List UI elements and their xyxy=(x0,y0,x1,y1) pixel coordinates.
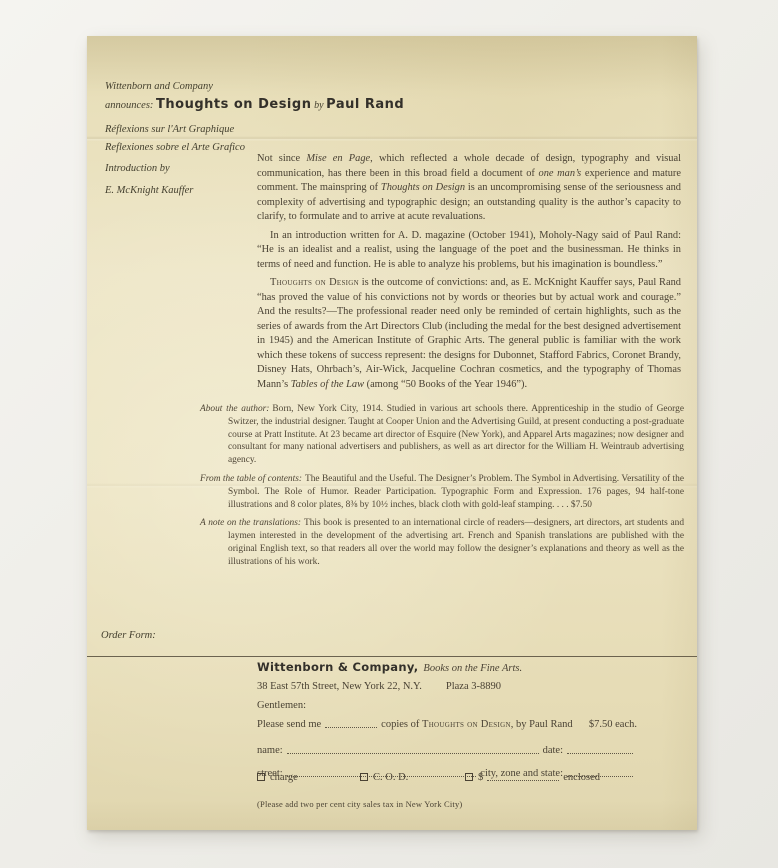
notes-section: About the author:Born, New York City, 19… xyxy=(200,403,684,569)
enclosed-amount-blank xyxy=(487,777,559,781)
note-table-of-contents: From the table of contents:The Beautiful… xyxy=(200,473,684,511)
title-line: announces: Thoughts on Design by Paul Ra… xyxy=(105,97,404,112)
charge-option: charge xyxy=(257,772,298,783)
introduction-author: E. McKnight Kauffer xyxy=(105,185,193,196)
salutation: Gentlemen: xyxy=(257,700,637,711)
charge-checkbox xyxy=(257,773,265,781)
main-text-column: Not since Mise en Page, which reflected … xyxy=(200,152,684,575)
quantity-line: Please send me copies of Thoughts on Des… xyxy=(257,719,637,730)
quantity-blank xyxy=(325,724,377,728)
by-label: by xyxy=(314,100,323,111)
divider-rule xyxy=(87,656,697,657)
cod-option: C. O. D. xyxy=(360,772,408,783)
subtitle-french: Réflexions sur l'Art Graphique xyxy=(105,124,234,135)
photo-backdrop: { "document": { "sidebar": { "publisher"… xyxy=(0,0,778,868)
body-paragraph-2: In an introduction written for A. D. mag… xyxy=(257,229,681,273)
date-blank xyxy=(567,750,633,754)
company-name: Wittenborn & Company, xyxy=(257,660,418,674)
note-translations: A note on the translations:This book is … xyxy=(200,517,684,568)
enclosed-option: $ enclosed xyxy=(465,772,600,783)
publisher-line: Wittenborn and Company xyxy=(105,81,213,92)
address-line: 38 East 57th Street, New York 22, N.Y. P… xyxy=(257,681,637,692)
cod-label: C. O. D. xyxy=(373,772,408,783)
salutation-text: Gentlemen: xyxy=(257,700,306,711)
note-about-author: About the author:Born, New York City, 19… xyxy=(200,403,684,467)
book-author: Paul Rand xyxy=(326,97,404,112)
enclosed-prefix: $ xyxy=(478,772,483,783)
book-title: Thoughts on Design xyxy=(156,97,311,112)
cod-checkbox xyxy=(360,773,368,781)
company-address: 38 East 57th Street, New York 22, N.Y. xyxy=(257,681,422,692)
name-blank xyxy=(287,750,539,754)
paper-sheet: Wittenborn and Company announces: Though… xyxy=(87,36,697,830)
body-paragraph-1: Not since Mise en Page, which reflected … xyxy=(257,152,681,225)
body-paragraph-3: Thoughts on Design is the outcome of con… xyxy=(257,276,681,392)
note-table-of-contents-label: From the table of contents: xyxy=(200,474,302,484)
introduction-label: Introduction by xyxy=(105,163,170,174)
announces-label: announces: xyxy=(105,100,153,111)
name-field-line: name: date: xyxy=(257,745,637,756)
price-each: $7.50 each. xyxy=(589,719,637,730)
charge-label: charge xyxy=(270,772,298,783)
date-label: date: xyxy=(543,745,563,756)
company-phone: Plaza 3-8890 xyxy=(446,681,501,692)
note-about-author-label: About the author: xyxy=(200,404,269,414)
company-tagline: Books on the Fine Arts. xyxy=(423,663,522,674)
note-translations-label: A note on the translations: xyxy=(200,518,301,528)
enclosed-checkbox xyxy=(465,773,473,781)
tax-note-text: (Please add two per cent city sales tax … xyxy=(257,799,462,809)
fold-crease-top xyxy=(87,136,697,141)
name-label: name: xyxy=(257,745,283,756)
tax-note: (Please add two per cent city sales tax … xyxy=(257,799,637,809)
order-form-label: Order Form: xyxy=(101,630,156,641)
send-prefix: Please send me xyxy=(257,719,321,730)
order-form: Wittenborn & Company, Books on the Fine … xyxy=(257,660,637,820)
enclosed-label: enclosed xyxy=(563,772,600,783)
send-description: copies of Thoughts on Design, by Paul Ra… xyxy=(381,719,572,730)
note-about-author-text: Born, New York City, 1914. Studied in va… xyxy=(228,404,684,465)
company-line: Wittenborn & Company, Books on the Fine … xyxy=(257,660,637,674)
